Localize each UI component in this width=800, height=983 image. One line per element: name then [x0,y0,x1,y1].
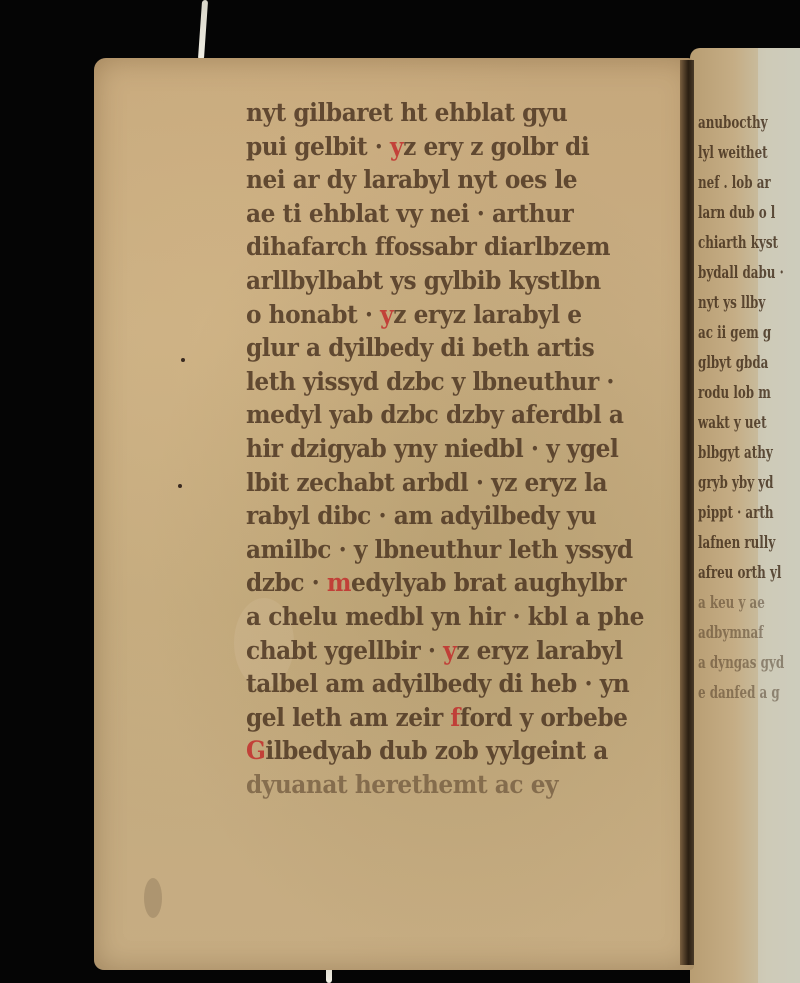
line-text: edylyab brat aughylbr [351,568,626,597]
rubricated-initial: y [443,636,456,665]
text-line: dyuanat herethemt ac ey [246,768,651,802]
text-line: nei ar dy larabyl nyt oes le [246,163,651,197]
line-text: rabyl dibc · am adyilbedy yu [246,501,596,530]
rubricated-initial: m [327,568,351,597]
top-pin-weight [198,0,208,60]
line-text: a chelu medbl yn hir · kbl a phe [246,602,644,631]
line-text: talbel am adyilbedy di heb · yn [246,669,629,698]
facing-line: adbymnaf [698,618,768,648]
line-text: leth yissyd dzbc y lbneuthur · [246,367,614,396]
facing-line: lafnen rully [698,528,768,558]
ink-speck [178,484,182,488]
text-line: a chelu medbl yn hir · kbl a phe [246,600,651,634]
facing-line: pippt · arth [698,498,768,528]
facing-line: chiarth kyst [698,228,768,258]
line-text: z eryz larabyl e [393,300,581,329]
ink-speck [181,358,185,362]
line-text: z eryz larabyl [456,636,622,665]
facing-line: a keu y ae [698,588,768,618]
line-text: medyl yab dzbc dzby aferdbl a [246,400,623,429]
facing-line: gryb yby yd [698,468,768,498]
line-text: lbit zechabt arbdl · yz eryz la [246,468,607,497]
text-line: Gilbedyab dub zob yylgeint a [246,734,651,768]
text-line: gel leth am zeir fford y orbebe [246,701,651,735]
line-text: dyuanat herethemt ac ey [246,770,558,799]
line-text: chabt ygellbir · [246,636,443,665]
text-line: arllbylbabt ys gylbib kystlbn [246,264,651,298]
text-line: medyl yab dzbc dzby aferdbl a [246,398,651,432]
text-line: talbel am adyilbedy di heb · yn [246,667,651,701]
manuscript-text-block: nyt gilbaret ht ehblat gyu pui gelbit · … [246,96,682,801]
facing-line: wakt y uet [698,408,768,438]
line-text: o honabt · [246,300,380,329]
line-text: glur a dyilbedy di beth artis [246,333,594,362]
facing-line: blbgyt athy [698,438,768,468]
rubricated-initial: y [390,132,403,161]
text-line: glur a dyilbedy di beth artis [246,331,651,365]
text-line: leth yissyd dzbc y lbneuthur · [246,365,651,399]
text-line: dihafarch ffossabr diarlbzem [246,230,651,264]
facing-line: a dyngas gyd [698,648,768,678]
line-text: nei ar dy larabyl nyt oes le [246,165,577,194]
text-line: dzbc · medylyab brat aughylbr [246,566,651,600]
text-line: hir dzigyab yny niedbl · y ygel [246,432,651,466]
facing-page-text: anubocthy lyl weithet nef . lob ar larn … [698,108,798,708]
text-line: pui gelbit · yz ery z golbr di [246,130,651,164]
facing-line: bydall dabu · [698,258,768,288]
line-text: gel leth am zeir [246,703,450,732]
rubricated-initial: f [450,703,460,732]
text-line: chabt ygellbir · yz eryz larabyl [246,634,651,668]
facing-line: afreu orth yl [698,558,768,588]
line-text: nyt gilbaret ht ehblat gyu [246,98,567,127]
rubricated-initial: y [380,300,393,329]
facing-line: rodu lob m [698,378,768,408]
text-line: rabyl dibc · am adyilbedy yu [246,499,651,533]
line-text: ilbedyab dub zob yylgeint a [265,736,607,765]
line-text: z ery z golbr di [403,132,589,161]
text-line: o honabt · yz eryz larabyl e [246,298,651,332]
facing-line: e danfed a g [698,678,768,708]
line-text: dzbc · [246,568,327,597]
rubricated-initial: G [246,736,265,765]
text-line: nyt gilbaret ht ehblat gyu [246,96,651,130]
facing-line: nef . lob ar [698,168,768,198]
facing-line: glbyt gbda [698,348,768,378]
text-line: lbit zechabt arbdl · yz eryz la [246,466,651,500]
line-text: arllbylbabt ys gylbib kystlbn [246,266,601,295]
binding-gutter [680,60,694,965]
facing-line: nyt ys llby [698,288,768,318]
facing-line: ac ii gem g [698,318,768,348]
text-line: amilbc · y lbneuthur leth yssyd [246,533,651,567]
line-text: amilbc · y lbneuthur leth yssyd [246,535,633,564]
facing-line: anubocthy [698,108,768,138]
line-text: ford y orbebe [460,703,628,732]
stain [144,878,162,918]
line-text: hir dzigyab yny niedbl · y ygel [246,434,618,463]
text-line: ae ti ehblat vy nei · arthur [246,197,651,231]
line-text: dihafarch ffossabr diarlbzem [246,232,610,261]
line-text: ae ti ehblat vy nei · arthur [246,199,573,228]
facing-line: lyl weithet [698,138,768,168]
facing-line: larn dub o l [698,198,768,228]
line-text: pui gelbit · [246,132,390,161]
